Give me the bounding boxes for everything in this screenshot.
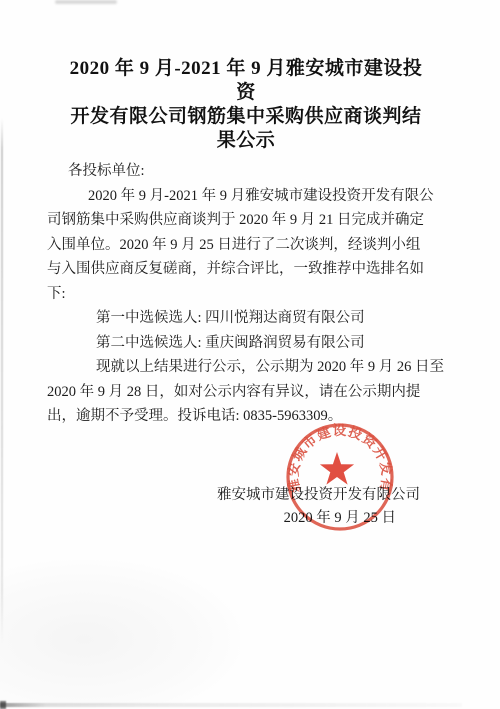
title-line-1: 2020 年 9 月-2021 年 9 月雅安城市建设投资 xyxy=(63,57,429,105)
scan-smudge-top xyxy=(55,0,117,4)
scan-wrinkle-bottom-left xyxy=(0,560,240,705)
scanned-document-page: 2020 年 9 月-2021 年 9 月雅安城市建设投资 开发有限公司钢筋集中… xyxy=(0,0,500,709)
seal-arc-text: 雅安城市建设投资开发有限公司 xyxy=(284,421,395,494)
scan-edge-shadow-left xyxy=(1,118,3,643)
paragraph2-line-1: 现就以上结果进行公示，公示期为 2020 年 9 月 26 日至 xyxy=(47,355,435,380)
paragraph1-line-5: 下: xyxy=(47,282,435,307)
candidate-line-2: 第二中选候选人: 重庆闽路润贸易有限公司 xyxy=(47,331,435,356)
seal-arc-text-holder: 雅安城市建设投资开发有限公司 xyxy=(284,421,395,494)
scan-corner-mark xyxy=(0,701,6,709)
title-line-2: 开发有限公司钢筋集中采购供应商谈判结 xyxy=(63,105,429,129)
document-title: 2020 年 9 月-2021 年 9 月雅安城市建设投资 开发有限公司钢筋集中… xyxy=(63,57,429,153)
official-seal: 雅安城市建设投资开发有限公司 xyxy=(284,421,396,533)
paragraph1-line-1: 2020 年 9 月-2021 年 9 月雅安城市建设投资开发有限公 xyxy=(47,184,435,209)
scan-streak-bottom xyxy=(0,703,462,707)
seal-star-icon xyxy=(320,452,354,485)
salutation-line: 各投标单位: xyxy=(47,159,435,184)
paragraph1-line-2: 司钢筋集中采购供应商谈判于 2020 年 9 月 21 日完成并确定 xyxy=(47,208,435,233)
paragraph1-line-3: 入围单位。2020 年 9 月 25 日进行了二次谈判，经谈判小组 xyxy=(47,233,435,258)
candidate-line-1: 第一中选候选人: 四川悦翔达商贸有限公司 xyxy=(47,306,435,331)
paragraph2-line-2: 2020 年 9 月 28 日，如对公示内容有异议，请在公示期内提 xyxy=(47,380,435,405)
document-body: 各投标单位: 2020 年 9 月-2021 年 9 月雅安城市建设投资开发有限… xyxy=(47,159,435,429)
title-line-3: 果公示 xyxy=(63,129,429,153)
paragraph1-line-4: 与入围供应商反复磋商，并综合评比，一致推荐中选排名如 xyxy=(47,257,435,282)
